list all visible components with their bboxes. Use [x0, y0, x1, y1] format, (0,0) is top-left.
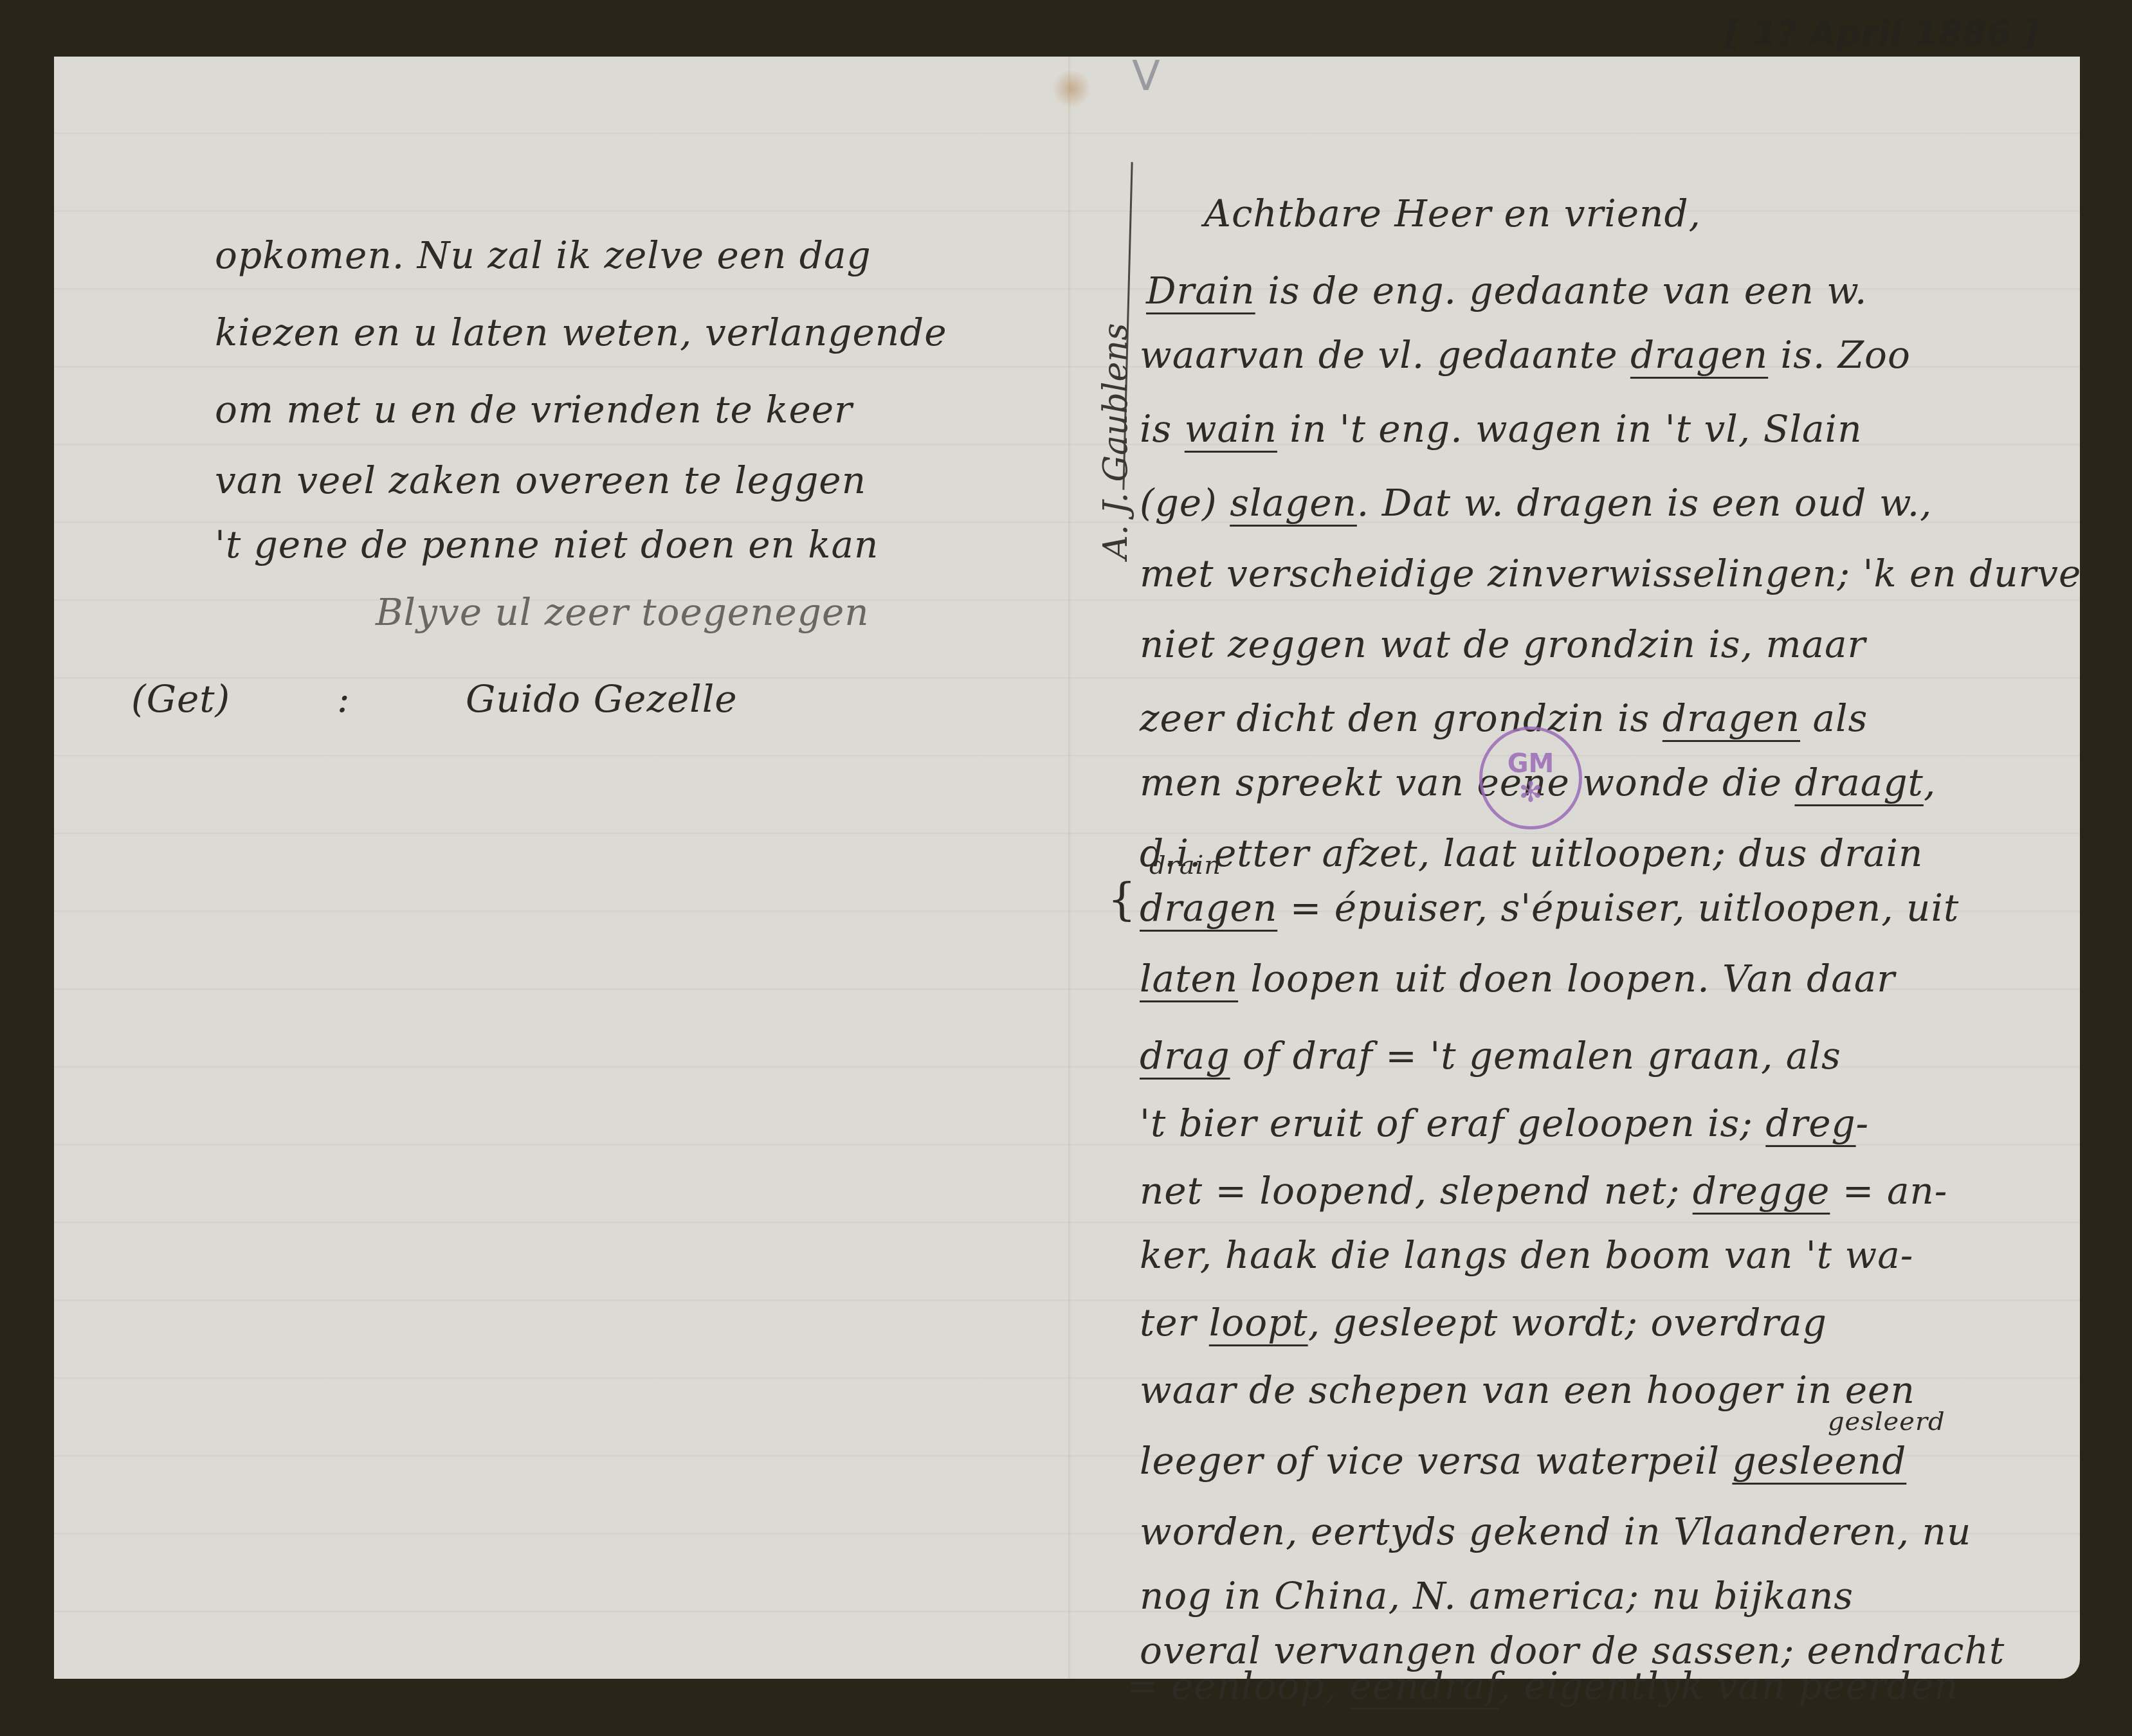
- right-line-18: leeger of vice versa waterpeil gesleend: [1140, 1439, 1906, 1483]
- interlinear-gesleerd: gesleerd: [1828, 1407, 1945, 1436]
- left-line-2: kiezen en u laten weten, verlangende: [215, 311, 947, 354]
- right-line-1: Drain is de eng. gedaante van een w.: [1146, 269, 1867, 312]
- right-line-22: = eenloop, eendraf, eigentlyk van peerde…: [1127, 1664, 1959, 1708]
- right-line-3: is wain in 't eng. wagen in 't vl, Slain: [1140, 407, 1863, 451]
- library-stamp: GM ✻: [1479, 727, 1582, 829]
- letter-sheet: opkomen. Nu zal ik zelve een dag kiezen …: [54, 57, 2080, 1679]
- right-line-16: ter loopt, gesleept wordt; overdrag: [1140, 1301, 1827, 1344]
- interlinear-drain: drain: [1149, 851, 1221, 880]
- date-annotation: [ 1? April 1886 ]: [1725, 13, 2039, 53]
- right-line-15: ker, haak die langs den boom van 't wa-: [1140, 1233, 1913, 1277]
- right-line-13: 't bier eruit of eraf geloopen is; dreg-: [1140, 1101, 1869, 1145]
- left-line-4: van veel zaken overeen te leggen: [215, 458, 866, 502]
- right-line-12: drag of draf = 't gemalen graan, als: [1140, 1034, 1841, 1078]
- right-line-19: worden, eertyds gekend in Vlaanderen, nu: [1140, 1510, 1971, 1553]
- bee-icon: ✻: [1519, 779, 1543, 807]
- margin-signature: A. J. Gaublens: [1097, 323, 1135, 559]
- right-line-20: nog in China, N. america; nu bijkans: [1140, 1574, 1854, 1618]
- right-line-11: laten loopen uit doen loopen. Van daar: [1140, 957, 1895, 1000]
- right-line-17: waar de schepen van een hooger in een: [1140, 1368, 1915, 1412]
- closing-line: Blyve ul zeer toegenegen: [376, 590, 870, 634]
- check-mark: V: [1132, 53, 1160, 100]
- left-line-5: 't gene de penne niet doen en kan: [215, 523, 879, 566]
- right-line-5: met verscheidige zinverwisselingen; 'k e…: [1140, 552, 2081, 595]
- right-line-14: net = loopend, slepend net; dregge = an-: [1140, 1169, 1947, 1213]
- left-line-1: opkomen. Nu zal ik zelve een dag: [215, 233, 871, 277]
- right-page: Achtbare Heer en vriend, Drain is de eng…: [1069, 57, 2080, 1679]
- signature: Guido Gezelle: [466, 677, 738, 721]
- signature-colon: :: [337, 677, 351, 721]
- left-page: opkomen. Nu zal ik zelve een dag kiezen …: [54, 57, 1069, 1679]
- left-line-3: om met u en de vrienden te keer: [215, 388, 853, 431]
- signature-prefix: (Get): [131, 677, 230, 721]
- salutation: Achtbare Heer en vriend,: [1204, 192, 1701, 235]
- right-line-4: (ge) slagen. Dat w. dragen is een oud w.…: [1140, 481, 1933, 525]
- right-line-2: waarvan de vl. gedaante dragen is. Zoo: [1140, 333, 1911, 377]
- right-line-6: niet zeggen wat de grondzin is, maar: [1140, 622, 1866, 666]
- stamp-monogram: GM: [1508, 749, 1554, 779]
- right-line-10: dragen = épuiser, s'épuiser, uitloopen, …: [1140, 886, 1959, 930]
- right-line-9: d.i. etter afzet, laat uitloopen; dus dr…: [1140, 831, 1923, 875]
- salutation-text: Achtbare Heer en vriend,: [1204, 192, 1701, 235]
- left-brace: {: [1107, 873, 1136, 926]
